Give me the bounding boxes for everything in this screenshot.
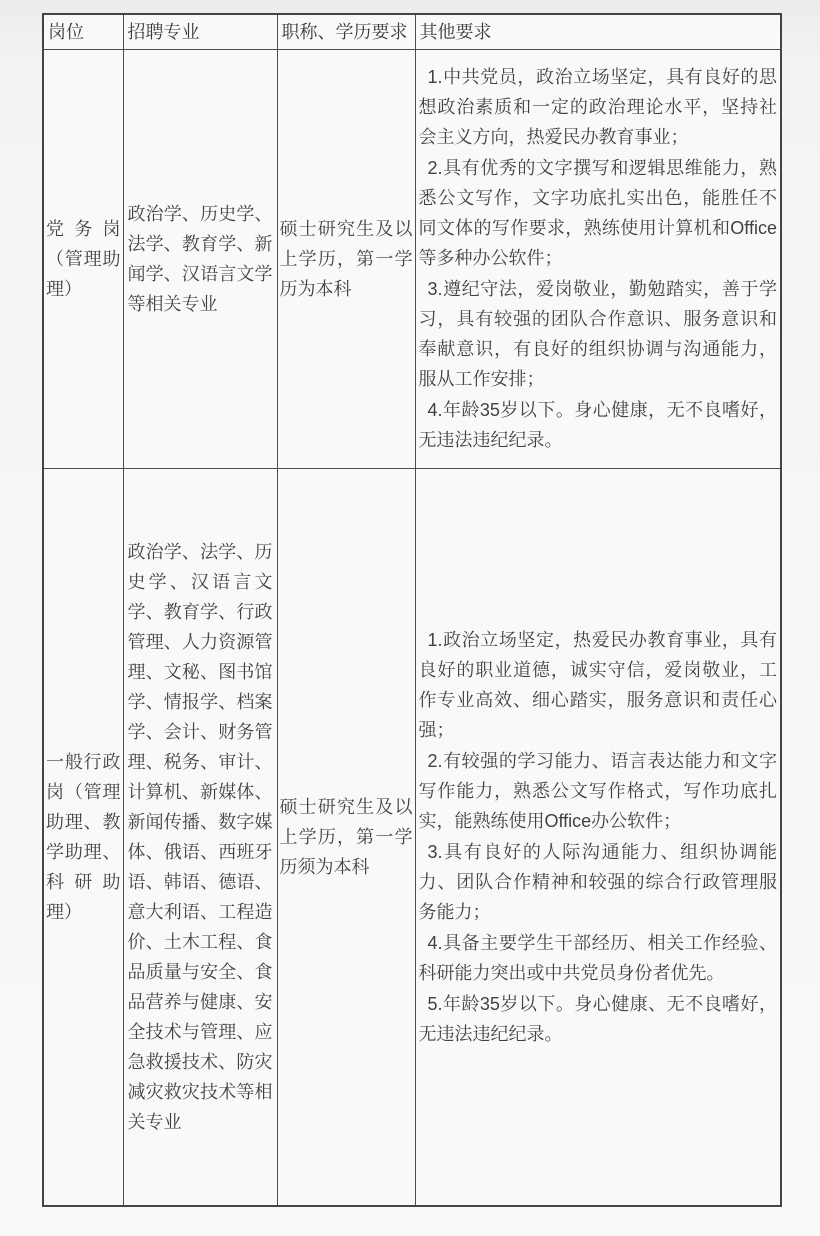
requirement-paragraph: 2.具有优秀的文字撰写和逻辑思维能力，熟悉公文写作，文字功底扎实出色，能胜任不同… xyxy=(419,153,778,273)
recruitment-table: 岗位 招聘专业 职称、学历要求 其他要求 党务岗（管理助理） 政治学、历史学、法… xyxy=(42,13,782,1207)
cell-other-requirements: 1.中共党员，政治立场坚定，具有良好的思想政治素质和一定的政治理论水平，坚持社会… xyxy=(415,49,781,468)
cell-qualification: 硕士研究生及以上学历，第一学历为本科 xyxy=(277,49,415,468)
requirement-paragraph: 4.年龄35岁以下。身心健康，无不良嗜好，无违法违纪纪录。 xyxy=(419,395,778,455)
requirement-paragraph: 1.中共党员，政治立场坚定，具有良好的思想政治素质和一定的政治理论水平，坚持社会… xyxy=(419,62,778,152)
cell-position: 一般行政岗（管理助理、教学助理、科研助理） xyxy=(43,468,123,1206)
requirement-paragraph: 2.有较强的学习能力、语言表达能力和文字写作能力，熟悉公文写作格式，写作功底扎实… xyxy=(419,746,778,836)
table-row-general-admin: 一般行政岗（管理助理、教学助理、科研助理） 政治学、法学、历史学、汉语言文学、教… xyxy=(43,468,781,1206)
header-cell-other: 其他要求 xyxy=(415,14,781,49)
requirement-paragraph: 3.具有良好的人际沟通能力、组织协调能力、团队合作精神和较强的综合行政管理服务能… xyxy=(419,837,778,927)
requirement-paragraph: 5.年龄35岁以下。身心健康、无不良嗜好，无违法违纪纪录。 xyxy=(419,989,778,1049)
header-cell-qualification: 职称、学历要求 xyxy=(277,14,415,49)
requirement-paragraph: 1.政治立场坚定，热爱民办教育事业，具有良好的职业道德，诚实守信，爱岗敬业，工作… xyxy=(419,625,778,745)
requirement-paragraph: 4.具备主要学生干部经历、相关工作经验、科研能力突出或中共党员身份者优先。 xyxy=(419,928,778,988)
cell-other-requirements: 1.政治立场坚定，热爱民办教育事业，具有良好的职业道德，诚实守信，爱岗敬业，工作… xyxy=(415,468,781,1206)
cell-majors: 政治学、历史学、法学、教育学、新闻学、汉语言文学等相关专业 xyxy=(123,49,277,468)
document-page: 岗位 招聘专业 职称、学历要求 其他要求 党务岗（管理助理） 政治学、历史学、法… xyxy=(0,0,820,1236)
cell-position: 党务岗（管理助理） xyxy=(43,49,123,468)
requirement-paragraph: 3.遵纪守法，爱岗敬业，勤勉踏实，善于学习，具有较强的团队合作意识、服务意识和奉… xyxy=(419,274,778,394)
header-cell-position: 岗位 xyxy=(43,14,123,49)
cell-majors: 政治学、法学、历史学、汉语言文学、教育学、行政管理、人力资源管理、文秘、图书馆学… xyxy=(123,468,277,1206)
header-cell-majors: 招聘专业 xyxy=(123,14,277,49)
cell-qualification: 硕士研究生及以上学历，第一学历须为本科 xyxy=(277,468,415,1206)
header-row: 岗位 招聘专业 职称、学历要求 其他要求 xyxy=(43,14,781,49)
table-row-party-affairs: 党务岗（管理助理） 政治学、历史学、法学、教育学、新闻学、汉语言文学等相关专业 … xyxy=(43,49,781,468)
